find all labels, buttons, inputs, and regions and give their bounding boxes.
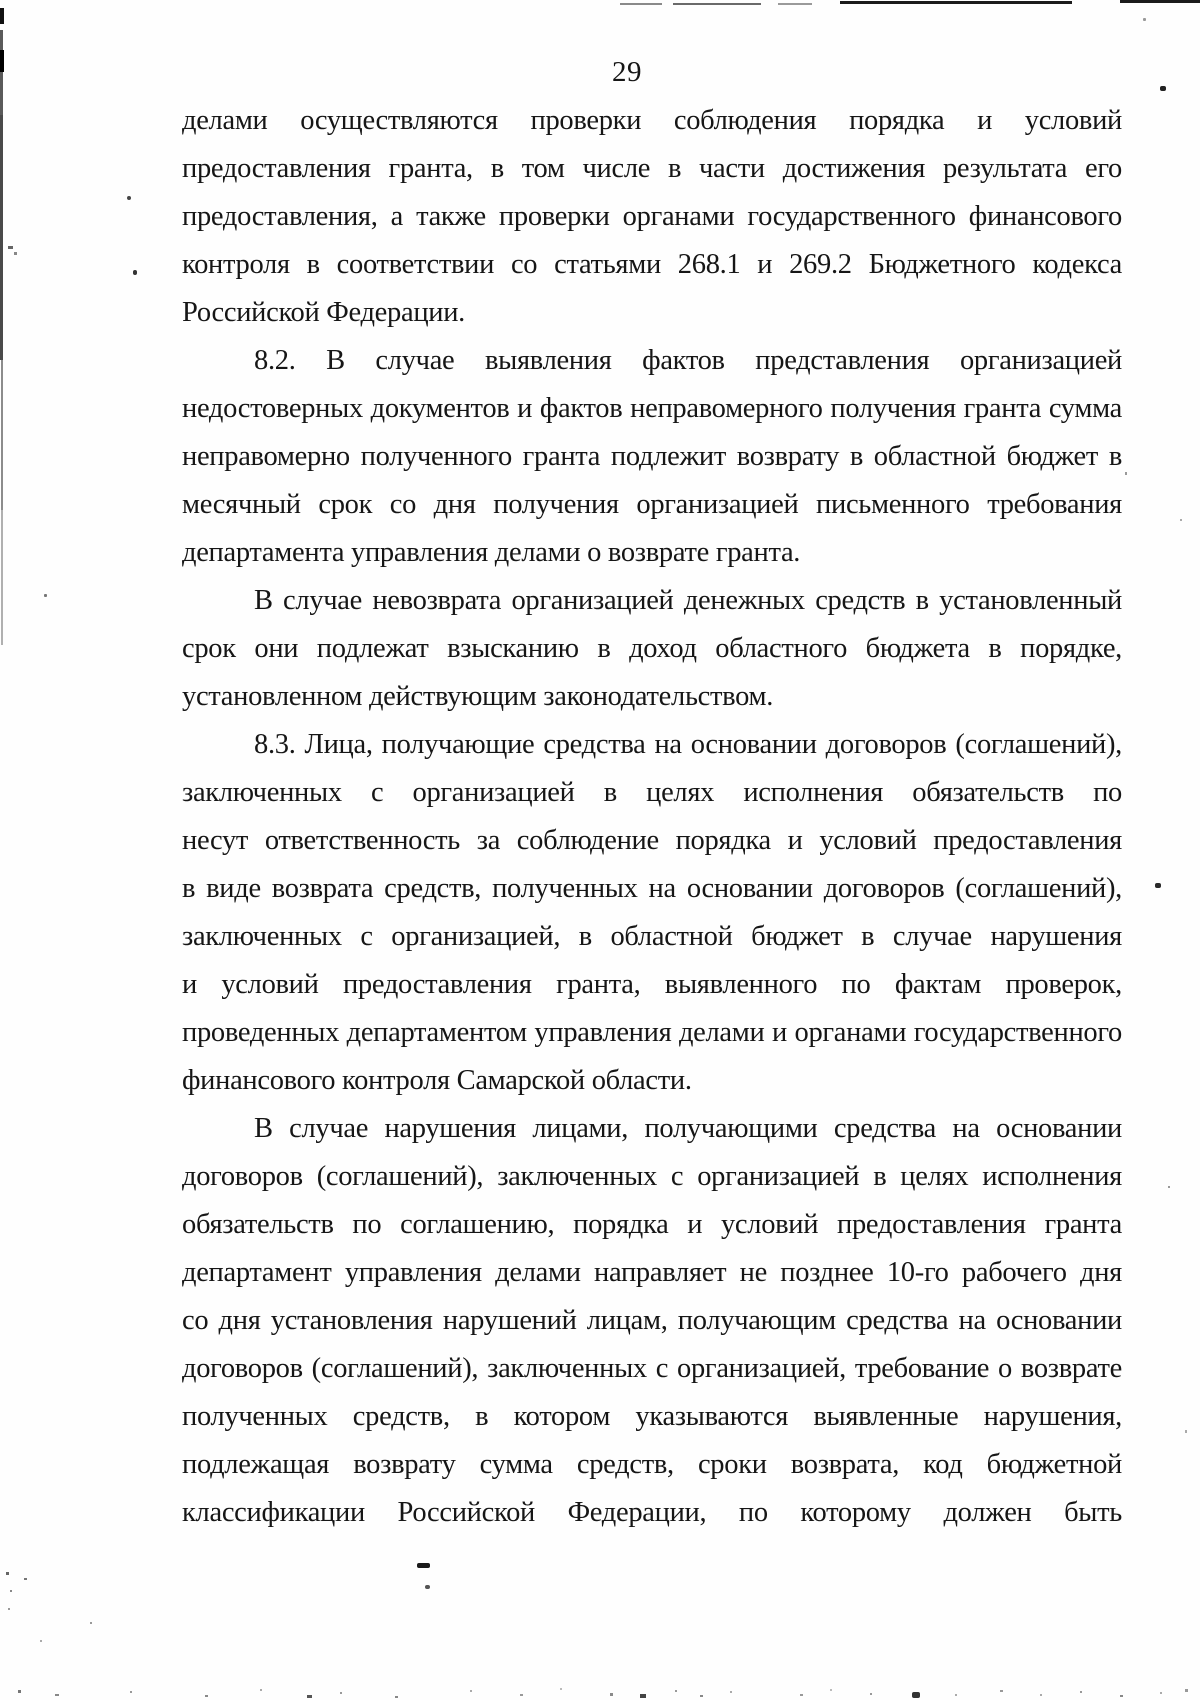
text-line: департамента управления делами о возврат… [182,529,1122,577]
scan-artifact [8,246,13,249]
text-line: срок они подлежат взысканию в доход обла… [182,625,1122,673]
text-line: заключенных с организацией в целях испол… [182,769,1122,817]
scan-artifact [1040,1694,1042,1696]
text-line: месячный срок со дня получения организац… [182,481,1122,529]
scan-artifact [395,1696,398,1698]
scan-artifact [470,1690,472,1692]
text-line: в виде возврата средств, полученных на о… [182,865,1122,913]
scan-artifact [1120,0,1200,3]
text-line: 8.2. В случае выявления фактов представл… [182,337,1122,385]
scan-artifact [260,1689,262,1691]
text-line: Российской Федерации. [182,289,1122,337]
scan-artifact [1185,1689,1188,1692]
document-body-text: делами осуществляются проверки соблюдени… [182,97,1122,1537]
scan-artifact [912,1692,920,1698]
text-line: обязательств по соглашению, порядка и ус… [182,1201,1122,1249]
scan-artifact [840,1,1072,4]
scan-artifact [870,1693,872,1695]
scan-artifact [205,1695,208,1697]
scan-artifact [1168,1186,1170,1188]
scan-artifact [10,1590,12,1592]
scan-artifact [40,1640,42,1642]
scan-artifact [800,1694,803,1696]
text-line: 8.3. Лица, получающие средства на основа… [182,721,1122,769]
scan-artifact [1,510,3,645]
page-number: 29 [612,56,642,89]
scan-artifact [1185,1430,1187,1433]
text-line: В случае нарушения лицами, получающими с… [182,1105,1122,1153]
scan-artifact [127,196,131,200]
scan-artifact [6,1572,9,1575]
scan-artifact [1120,1695,1123,1697]
scan-artifact [1000,1690,1003,1692]
scan-artifact [340,1692,342,1694]
text-line: установленном действующим законодательст… [182,673,1122,721]
scan-artifact [560,1688,562,1690]
scan-artifact [55,1694,59,1696]
text-line: предоставления гранта, в том числе в час… [182,145,1122,193]
scan-artifact [1080,1691,1082,1693]
scan-artifact [14,252,17,255]
text-line: проведенных департаментом управления дел… [182,1009,1122,1057]
text-line: неправомерно полученного гранта подлежит… [182,433,1122,481]
scan-artifact [830,1689,832,1691]
text-line: контроля в соответствии со статьями 268.… [182,241,1122,289]
scan-artifact [307,1695,312,1698]
scan-artifact [90,1622,92,1624]
text-line: недостоверных документов и фактов неправ… [182,385,1122,433]
scan-artifact [417,1563,430,1568]
scan-artifact [0,30,3,115]
scan-artifact [673,3,761,5]
text-line: полученных средств, в котором указываютс… [182,1393,1122,1441]
scan-artifact [1160,86,1166,91]
text-line: заключенных с организацией, в областной … [182,913,1122,961]
scan-artifact [18,1690,21,1693]
text-line: классификации Российской Федерации, по к… [182,1489,1122,1537]
scan-artifact [44,594,47,597]
scan-artifact [1155,883,1161,888]
scan-artifact [130,1691,132,1693]
text-line: финансового контроля Самарской области. [182,1057,1122,1105]
scan-artifact [778,3,812,5]
text-line: и условий предоставления гранта, выявлен… [182,961,1122,1009]
scan-artifact [133,270,137,275]
text-line: подлежащая возврату сумма средств, сроки… [182,1441,1122,1489]
scan-artifact [1143,18,1146,21]
scan-artifact [520,1694,523,1696]
scan-artifact [675,1690,677,1692]
scan-artifact [24,1578,27,1580]
scan-artifact [1160,1692,1162,1694]
scan-artifact [0,50,4,72]
text-line: делами осуществляются проверки соблюдени… [182,97,1122,145]
text-line: со дня установления нарушений лицам, пол… [182,1297,1122,1345]
scan-artifact [0,115,3,360]
text-line: несут ответственность за соблюдение поря… [182,817,1122,865]
text-line: договоров (соглашений), заключенных с ор… [182,1153,1122,1201]
text-line: предоставления, а также проверки органам… [182,193,1122,241]
scan-artifact [610,1693,613,1696]
scan-artifact [1180,519,1182,521]
scan-artifact [955,1694,957,1696]
text-line: департамент управления делами направляет… [182,1249,1122,1297]
scan-artifact [700,1695,703,1697]
scan-artifact [425,1585,430,1589]
scan-artifact [620,3,662,5]
scan-artifact [640,1694,646,1698]
scan-artifact [730,1691,732,1693]
text-line: В случае невозврата организацией денежны… [182,577,1122,625]
scan-artifact [1125,472,1127,475]
document-page: 29 делами осуществляются проверки соблюд… [0,0,1200,1700]
text-line: договоров (соглашений), заключенных с ор… [182,1345,1122,1393]
scan-artifact [8,1608,10,1610]
scan-artifact [1,360,3,510]
scan-artifact [0,8,4,24]
